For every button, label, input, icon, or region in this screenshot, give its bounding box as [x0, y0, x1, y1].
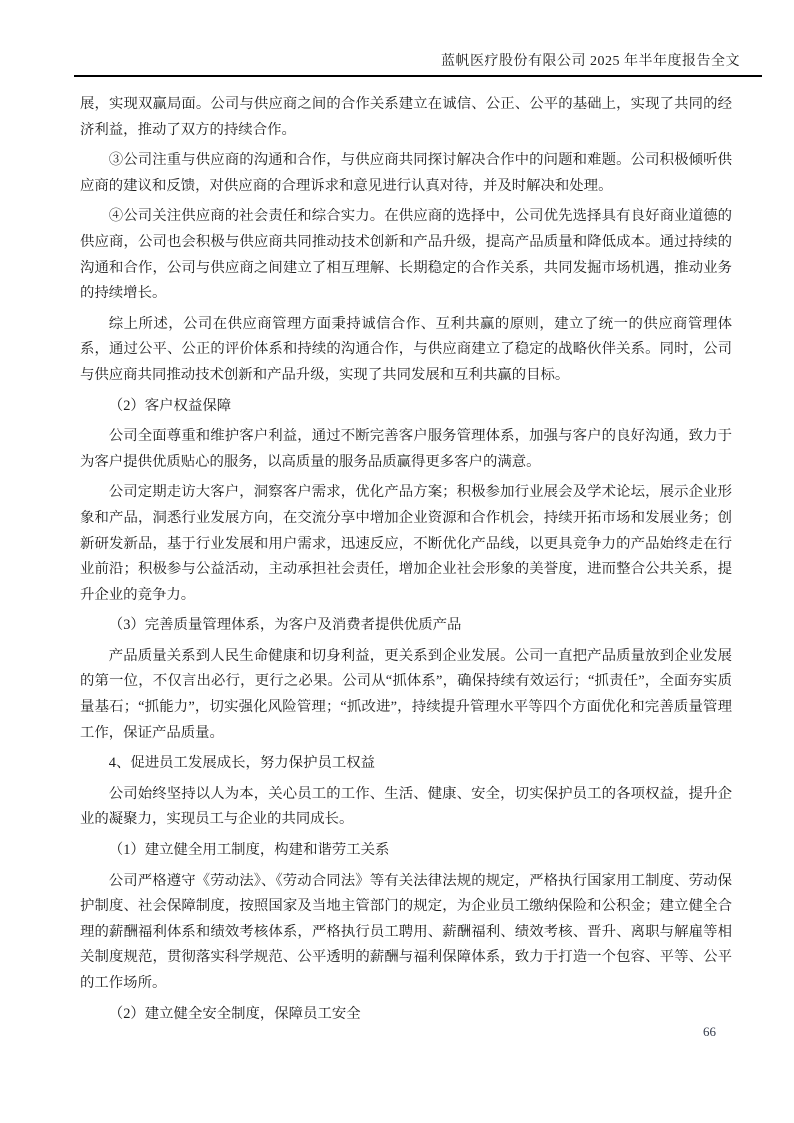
- section-heading-employee-development: 4、促进员工发展成长，努力保护员工权益: [80, 751, 732, 777]
- section-heading-safety-system: （2）建立健全安全制度，保障员工安全: [80, 1002, 732, 1028]
- paragraph: 公司定期走访大客户，洞察客户需求，优化产品方案；积极参加行业展会及学术论坛，展示…: [80, 480, 732, 608]
- report-header-title: 蓝帆医疗股份有限公司 2025 年半年度报告全文: [441, 54, 762, 69]
- section-heading-quality-management: （3）完善质量管理体系，为客户及消费者提供优质产品: [80, 613, 732, 639]
- paragraph: 公司全面尊重和维护客户利益，通过不断完善客户服务管理体系，加强与客户的良好沟通，…: [80, 424, 732, 475]
- report-body: 展，实现双赢局面。公司与供应商之间的合作关系建立在诚信、公正、公平的基础上，实现…: [80, 92, 732, 1032]
- section-heading-customer-rights: （2）客户权益保障: [80, 394, 732, 420]
- section-heading-labor-system: （1）建立健全用工制度，构建和谐劳工关系: [80, 838, 732, 864]
- page-header: 蓝帆医疗股份有限公司 2025 年半年度报告全文: [74, 50, 762, 77]
- paragraph: 综上所述，公司在供应商管理方面秉持诚信合作、互利共赢的原则，建立了统一的供应商管…: [80, 312, 732, 389]
- paragraph: ③公司注重与供应商的沟通和合作，与供应商共同探讨解决合作中的问题和难题。公司积极…: [80, 148, 732, 199]
- paragraph: 产品质量关系到人民生命健康和切身利益，更关系到企业发展。公司一直把产品质量放到企…: [80, 644, 732, 746]
- paragraph-continuation: 展，实现双赢局面。公司与供应商之间的合作关系建立在诚信、公正、公平的基础上，实现…: [80, 92, 732, 143]
- paragraph: 公司始终坚持以人为本，关心员工的工作、生活、健康、安全，切实保护员工的各项权益，…: [80, 782, 732, 833]
- report-page: 蓝帆医疗股份有限公司 2025 年半年度报告全文 展，实现双赢局面。公司与供应商…: [0, 0, 794, 1123]
- paragraph: ④公司关注供应商的社会责任和综合实力。在供应商的选择中，公司优先选择具有良好商业…: [80, 204, 732, 306]
- paragraph: 公司严格遵守《劳动法》、《劳动合同法》等有关法律法规的规定，严格执行国家用工制度…: [80, 869, 732, 997]
- page-number: 66: [703, 1024, 716, 1040]
